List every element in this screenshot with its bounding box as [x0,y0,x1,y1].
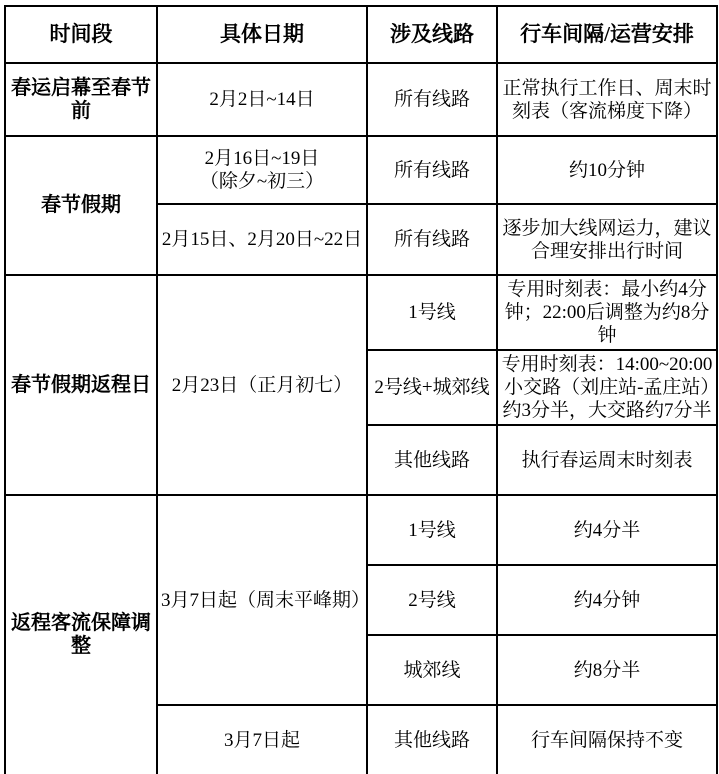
arrangement-cell: 正常执行工作日、周末时刻表（客流梯度下降） [497,63,717,136]
lines-cell: 城郊线 [367,635,497,705]
arrangement-cell: 执行春运周末时刻表 [497,425,717,495]
date-cell: 3月7日起 [157,705,367,774]
period-cell: 春节假期 [5,136,157,275]
arrangement-cell: 约4分钟 [497,565,717,635]
table-row: 春节假期 2月16日~19日 （除夕~初三） 所有线路 约10分钟 [5,136,717,204]
period-cell: 返程客流保障调整 [5,495,157,774]
header-row: 时间段 具体日期 涉及线路 行车间隔/运营安排 [5,6,717,63]
period-cell: 春运启幕至春节前 [5,63,157,136]
arrangement-cell: 约10分钟 [497,136,717,204]
date-cell: 3月7日起（周末平峰期） [157,495,367,705]
col-header-period: 时间段 [5,6,157,63]
lines-cell: 1号线 [367,495,497,565]
lines-cell: 所有线路 [367,63,497,136]
lines-cell: 其他线路 [367,705,497,774]
lines-cell: 所有线路 [367,204,497,275]
col-header-date: 具体日期 [157,6,367,63]
date-cell: 2月15日、2月20日~22日 [157,204,367,275]
arrangement-cell: 专用时刻表：最小约4分钟；22:00后调整为约8分钟 [497,275,717,350]
period-cell: 春节假期返程日 [5,275,157,495]
table-row: 春节假期返程日 2月23日（正月初七） 1号线 专用时刻表：最小约4分钟；22:… [5,275,717,350]
lines-cell: 其他线路 [367,425,497,495]
table-row: 返程客流保障调整 3月7日起（周末平峰期） 1号线 约4分半 [5,495,717,565]
arrangement-cell: 专用时刻表：14:00~20:00小交路（刘庄站-孟庄站）约3分半，大交路约7分… [497,350,717,425]
date-cell: 2月16日~19日 （除夕~初三） [157,136,367,204]
spring-festival-schedule-table: 时间段 具体日期 涉及线路 行车间隔/运营安排 春运启幕至春节前 2月2日~14… [4,5,718,774]
date-cell: 2月2日~14日 [157,63,367,136]
date-cell: 2月23日（正月初七） [157,275,367,495]
arrangement-cell: 约4分半 [497,495,717,565]
col-header-lines: 涉及线路 [367,6,497,63]
arrangement-cell: 逐步加大线网运力，建议合理安排出行时间 [497,204,717,275]
col-header-arrangement: 行车间隔/运营安排 [497,6,717,63]
table-row: 春运启幕至春节前 2月2日~14日 所有线路 正常执行工作日、周末时刻表（客流梯… [5,63,717,136]
lines-cell: 所有线路 [367,136,497,204]
lines-cell: 1号线 [367,275,497,350]
arrangement-cell: 行车间隔保持不变 [497,705,717,774]
arrangement-cell: 约8分半 [497,635,717,705]
page: 时间段 具体日期 涉及线路 行车间隔/运营安排 春运启幕至春节前 2月2日~14… [0,0,719,774]
lines-cell: 2号线+城郊线 [367,350,497,425]
lines-cell: 2号线 [367,565,497,635]
